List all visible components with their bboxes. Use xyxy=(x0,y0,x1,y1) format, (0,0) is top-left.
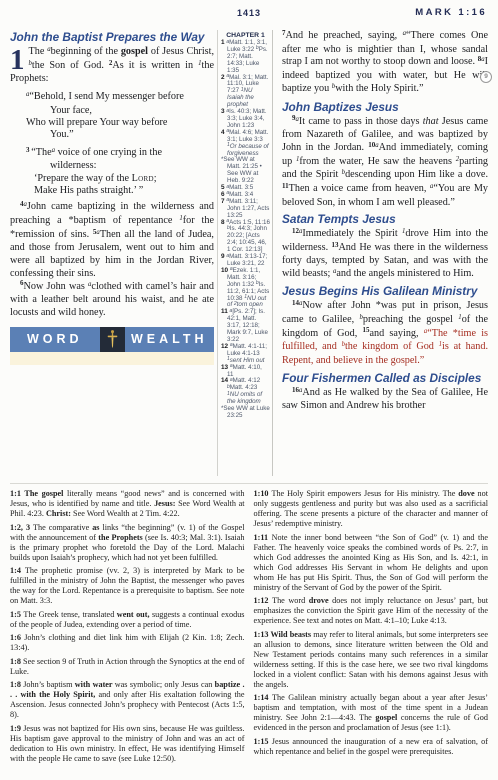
verse-paragraph: 1The abeginning of the gospel of Jesus C… xyxy=(10,46,214,86)
text-run: a xyxy=(230,342,233,348)
text-run: 1 xyxy=(458,314,461,321)
text-run: John’s baptism xyxy=(23,680,75,689)
verse-number: 11 xyxy=(282,182,289,190)
text-run: The Greek tense, translated xyxy=(23,610,116,619)
verse-paragraph: 4aJohn came baptizing in the wilderness … xyxy=(10,201,214,280)
text-run: See Word Wealth at 2 Tim. 4:22. xyxy=(73,509,180,518)
text-run: 1:8 xyxy=(10,657,23,666)
text-run: [Ps. 2:7]; Is. 42:1, Matt. 3:17, 12:18; … xyxy=(227,308,268,343)
study-note: 1:5 The Greek tense, translated went out… xyxy=(10,610,245,630)
text-run: b xyxy=(227,225,230,231)
text-run: a xyxy=(430,183,433,190)
cross-reference-entry: 13 aMatt. 4:10, 11 xyxy=(221,365,270,379)
text-run: It came to pass in those days xyxy=(299,116,423,127)
text-run: 1:11 xyxy=(254,533,272,542)
verse-paragraph: 9aIt came to pass in those days that Jes… xyxy=(282,116,488,210)
text-run: the Son of God. xyxy=(32,60,109,71)
text-run: 1:5 xyxy=(10,610,23,619)
text-run: 1:15 xyxy=(254,737,272,746)
verse-number: 16 xyxy=(292,386,299,394)
text-run: b xyxy=(360,314,363,321)
cross-reference-entry: *See WW at Matt. 21:25 • See WW at Heb. … xyxy=(221,157,270,185)
word-wealth-title-left: WORD xyxy=(10,327,100,352)
text-run: See section 9 of Truth in Action through… xyxy=(10,657,244,676)
verse-number: 14 xyxy=(292,299,299,307)
text-run: 2 xyxy=(234,301,237,307)
text-run: a xyxy=(230,377,233,383)
cross-reference-entry: 9 aMatt. 3:13-17; Luke 3:21, 22 xyxy=(221,254,270,268)
poetry-line: You.” xyxy=(10,129,214,141)
text-run: b xyxy=(227,384,230,390)
left-column-text: John the Baptist Prepares the Way1The ab… xyxy=(10,30,214,320)
text-run: gospel xyxy=(121,46,148,57)
text-run: and saying, xyxy=(369,328,423,339)
text-run: 1 xyxy=(179,215,182,222)
text-run: *See WW at Luke 23:25 xyxy=(221,405,270,419)
study-note: 1:12 The word drove does not imply reluc… xyxy=(254,596,489,626)
text-run: ; xyxy=(154,173,157,184)
text-run: a xyxy=(47,46,50,53)
text-run: Or because of forgiveness xyxy=(227,143,269,157)
text-run: the Prophets xyxy=(98,533,145,542)
text-run: 2 xyxy=(456,156,459,163)
text-run: And he preached, saying, xyxy=(286,30,403,41)
text-run: that xyxy=(423,116,439,127)
chapter-refs-heading: CHAPTER 1 xyxy=(221,32,270,39)
cross-reference-entry: 10 aEzek. 1:1, Matt. 3:16; John 1:32 bIs… xyxy=(221,268,270,309)
word-wealth-title-right: WEALTH xyxy=(125,327,215,352)
text-run: a xyxy=(481,56,484,63)
text-run: of Jesus Christ, xyxy=(148,46,214,57)
text-run: 1:6 xyxy=(10,633,24,642)
text-run: Now John was xyxy=(24,281,89,292)
text-run: a xyxy=(230,308,233,314)
text-run: 1:8 xyxy=(10,680,23,689)
text-run: 1 xyxy=(402,228,405,235)
text-run: Is. 44:3; John 20:22; [Acts 2:4; 10:45, … xyxy=(227,225,267,253)
text-run: a xyxy=(299,387,302,394)
verse-number: 15 xyxy=(362,326,369,334)
cross-reference-entry: 4 aMal. 4:6; Matt. 3:1; Luke 3:3 1Or bec… xyxy=(221,130,270,158)
text-run: went out, xyxy=(117,610,152,619)
study-note: 1:1 The gospel literally means “good new… xyxy=(10,489,245,519)
text-run: a xyxy=(96,229,99,236)
section-heading: Four Fishermen Called as Disciples xyxy=(282,371,488,385)
text-run: The comparative xyxy=(33,523,92,532)
text-run: b xyxy=(256,45,259,51)
text-run: a xyxy=(226,108,229,114)
poetry-line: Who will prepare Your way before xyxy=(10,117,214,129)
text-run: Who will prepare Your way before xyxy=(26,117,167,128)
verse-number: 6 xyxy=(20,279,24,287)
text-run: b xyxy=(332,83,335,90)
text-run: John’s clothing and diet link him with E… xyxy=(10,633,244,652)
running-head: MARK 1:16 xyxy=(415,7,487,18)
text-run: b xyxy=(342,341,345,348)
text-run: The Holy Spirit empowers Jesus for His m… xyxy=(271,489,458,498)
text-run: Jesus: xyxy=(154,499,178,508)
text-run: a xyxy=(296,116,299,123)
text-run: wilderness: xyxy=(50,160,96,171)
text-run: Note the inner bond between “the Son of … xyxy=(254,533,489,592)
text-run: “The xyxy=(31,147,51,158)
verse-number: 12 xyxy=(292,227,299,235)
text-run: voice of one crying in the xyxy=(55,147,162,158)
text-run: a xyxy=(230,363,233,369)
text-run: a xyxy=(226,184,229,190)
text-run: 1:1 The gospel xyxy=(10,489,67,498)
text-run: a xyxy=(226,218,229,224)
cross-reference-entry: 14 aMatt. 4:12 bMatt. 4:23 1NU omits of … xyxy=(221,378,270,406)
text-run: 1 xyxy=(244,294,247,300)
study-note: 1:10 The Holy Spirit empowers Jesus for … xyxy=(254,489,489,529)
text-run: 1:12 xyxy=(254,596,273,605)
text-run: 1:9 xyxy=(10,724,23,733)
poetry-block: a“Behold, I send My messenger beforeYour… xyxy=(10,91,214,142)
cross-reference-column: CHAPTER 1 1 aMatt. 1:1, 3:1, Luke 3:22 b… xyxy=(217,30,273,476)
study-notes-right-column: 1:10 The Holy Spirit empowers Jesus for … xyxy=(254,489,489,767)
study-note: 1:9 Jesus was not baptized for His own s… xyxy=(10,724,245,764)
study-note: 1:11 Note the inner bond between “the So… xyxy=(254,533,489,593)
text-run: a xyxy=(226,197,229,203)
text-run: 1:14 xyxy=(254,693,273,702)
text-run: 1:4 xyxy=(10,566,25,575)
text-run: from the water, He saw the heavens xyxy=(299,156,455,167)
cross-reference-entry: 11 a[Ps. 2:7]; Is. 42:1, Matt. 3:17, 12:… xyxy=(221,309,270,344)
text-run: a xyxy=(299,228,302,235)
text-run: “Behold, I send My messenger before xyxy=(29,91,183,102)
text-run: 1:2, 3 xyxy=(10,523,33,532)
verse-paragraph: 12aImmediately the Spirit 1drove Him int… xyxy=(282,228,488,281)
text-run: As it is written in xyxy=(112,60,198,71)
cross-reference-entry: 8 aActs 1:5, 11:16 bIs. 44:3; John 20:22… xyxy=(221,220,270,255)
text-run: 1 xyxy=(227,356,230,362)
scripture-area: John the Baptist Prepares the Way1The ab… xyxy=(10,30,488,476)
sword-icon xyxy=(100,327,125,352)
text-run: b xyxy=(256,280,259,286)
text-run: Matt. 3:11; John 1:27, Acts 13:25 xyxy=(227,198,269,219)
section-heading: John Baptizes Jesus xyxy=(282,100,488,114)
text-run: a xyxy=(333,268,336,275)
text-run: The prophetic promise (vv. 2, 3) is inte… xyxy=(10,566,245,605)
word-wealth-body xyxy=(10,352,214,365)
text-run: a xyxy=(226,39,229,45)
bible-page: 1413 MARK 1:16 John the Baptist Prepares… xyxy=(0,0,498,767)
text-run: preaching the gospel xyxy=(363,314,458,325)
text-run: gospel xyxy=(375,713,400,722)
verse-paragraph: 6Now John was aclothed with camel’s hair… xyxy=(10,281,214,320)
text-run: Mal. 4:6; Matt. 3:1; Luke 3:3 xyxy=(227,129,268,143)
verse-number: 2 xyxy=(109,59,113,67)
text-run: a xyxy=(88,281,91,288)
poetry-line: wilderness: xyxy=(10,160,214,172)
text-run: 1 xyxy=(227,391,230,397)
cross-reference-entry: 1 aMatt. 1:1, 3:1, Luke 3:22 bPs. 2:7; M… xyxy=(221,40,270,75)
word-wealth-box: WORD WEALTH xyxy=(10,327,214,365)
verse-number: 4 xyxy=(20,200,24,208)
poetry-line: ‘Prepare the way of the Lord; xyxy=(10,173,214,185)
text-run: 1:10 xyxy=(254,489,272,498)
cross-reference-entry: *See WW at Luke 23:25 xyxy=(221,406,270,420)
text-run: 1 xyxy=(227,142,230,148)
text-run: Lord xyxy=(132,173,154,184)
truth-in-action-marker: 9 xyxy=(480,71,492,83)
study-note: 1:4 The prophetic promise (vv. 2, 3) is … xyxy=(10,566,245,606)
verse-number: 3 xyxy=(26,146,31,154)
section-heading: Satan Tempts Jesus xyxy=(282,212,488,226)
text-run: The word xyxy=(272,596,309,605)
text-run: a xyxy=(375,142,378,149)
verse-paragraph: 14aNow after John *was put in prison, Je… xyxy=(282,300,488,368)
text-run: Immediately the Spirit xyxy=(302,228,402,239)
poetry-line: a“Behold, I send My messenger before xyxy=(10,91,214,104)
text-run: beginning of the xyxy=(51,46,121,57)
text-run: 1 xyxy=(296,156,299,163)
text-run: Make His paths straight.’ ” xyxy=(34,185,143,196)
verse-paragraph: 7And he preached, saying, a“There comes … xyxy=(282,30,488,97)
text-run: a xyxy=(226,128,229,134)
cross-reference-entry: 3 aIs. 40:3; Matt. 3:3; Luke 3:4, John 1… xyxy=(221,109,270,130)
text-run: Christ: xyxy=(46,509,73,518)
study-note: 1:15 Jesus announced the inauguration of… xyxy=(254,737,489,757)
drop-cap-verse-number: 1 xyxy=(10,48,25,72)
poetry-line: Your face, xyxy=(10,105,214,117)
study-notes-left-column: 1:1 The gospel literally means “good new… xyxy=(10,489,245,767)
text-run: Is. 40:3; Matt. 3:3; Luke 3:4, John 1:23 xyxy=(227,108,267,129)
study-note: 1:6 John’s clothing and diet link him wi… xyxy=(10,633,245,653)
text-run: You.” xyxy=(50,129,74,140)
study-note: 1:14 The Galilean ministry actually bega… xyxy=(254,693,489,733)
poetry-block: 3 “Thea voice of one crying in thewilder… xyxy=(10,147,214,198)
text-run: 1 xyxy=(198,60,201,67)
text-run: Matt. 3:13-17; Luke 3:21, 22 xyxy=(227,253,267,267)
poetry-line: Make His paths straight.’ ” xyxy=(10,185,214,197)
text-run: Your face, xyxy=(50,105,92,116)
text-run: with the Holy Spirit.” xyxy=(335,83,423,94)
text-run: with water xyxy=(75,680,115,689)
cross-reference-entry: 12 aMatt. 4:1-11; Luke 4:1-13 1sent Him … xyxy=(221,344,270,365)
verse-paragraph: 16aAnd as He walked by the Sea of Galile… xyxy=(282,387,488,413)
text-run: a xyxy=(226,73,229,79)
text-run: *See WW at Matt. 21:25 • See WW at Heb. … xyxy=(221,156,262,184)
scripture-left-column: John the Baptist Prepares the Way1The ab… xyxy=(10,30,214,476)
text-run: Then a voice came from heaven, xyxy=(289,183,430,194)
text-run: and the angels ministered to Him. xyxy=(336,268,474,279)
poetry-line: 3 “Thea voice of one crying in the xyxy=(10,147,214,160)
text-run: b xyxy=(29,60,32,67)
scripture-right-column: 9 7And he preached, saying, a“There come… xyxy=(276,30,488,476)
text-run: a xyxy=(226,190,229,196)
text-run: Jesus announced the inauguration of a ne… xyxy=(254,737,488,756)
text-run: a xyxy=(226,253,229,259)
study-note: 1:13 Wild beasts may refer to literal an… xyxy=(254,630,489,690)
study-note: 1:8 John’s baptism with water was symbol… xyxy=(10,680,245,720)
verse-number: 7 xyxy=(282,29,286,37)
cross-reference-entry: 7 aMatt. 3:11; John 1:27, Acts 13:25 xyxy=(221,199,270,220)
section-heading: John the Baptist Prepares the Way xyxy=(10,30,214,44)
text-run: a xyxy=(26,91,29,98)
text-run: b xyxy=(342,169,345,176)
text-run: a xyxy=(299,300,302,307)
text-run: dove xyxy=(458,489,477,498)
page-header: 1413 MARK 1:16 xyxy=(10,8,488,25)
text-run: 1:13 Wild beasts xyxy=(254,630,314,639)
text-run: a xyxy=(403,30,406,37)
cross-reference-list: 1 aMatt. 1:1, 3:1, Luke 3:22 bPs. 2:7; M… xyxy=(221,40,270,420)
text-run: was symbolic; only Jesus can xyxy=(115,680,215,689)
text-run: NU omits of the kingdom xyxy=(227,391,262,405)
text-run: a xyxy=(424,328,427,335)
text-run: a xyxy=(52,147,55,154)
study-note: 1:8 See section 9 of Truth in Action thr… xyxy=(10,657,245,677)
word-wealth-header: WORD WEALTH xyxy=(10,327,214,352)
text-run: a xyxy=(230,266,233,272)
text-run: And as He walked by the Sea of Galilee, … xyxy=(282,387,488,412)
text-run: the kingdom of God xyxy=(345,341,439,352)
text-run: Jesus was not baptized for His own sins,… xyxy=(10,724,245,763)
text-run: descending upon Him like a dove. xyxy=(345,169,488,180)
text-run: The xyxy=(29,46,48,57)
text-run: 1 xyxy=(241,87,244,93)
cross-reference-entry: 2 aMal. 3:1; Matt. 11:10, Luke 7:27 1NU … xyxy=(221,75,270,110)
text-run: as xyxy=(92,523,102,532)
study-note: 1:2, 3 The comparative as links “the beg… xyxy=(10,523,245,563)
text-run: drove xyxy=(309,596,332,605)
verse-number: 9 xyxy=(292,114,296,122)
text-run: 1 xyxy=(439,341,442,348)
right-column-text: 7And he preached, saying, a“There comes … xyxy=(282,30,488,413)
section-heading: Jesus Begins His Galilean Ministry xyxy=(282,284,488,298)
text-run: a xyxy=(24,201,27,208)
study-notes-section: 1:1 The gospel literally means “good new… xyxy=(10,483,488,767)
text-run: ‘Prepare the way of the xyxy=(34,173,132,184)
verse-number: 13 xyxy=(331,241,338,249)
